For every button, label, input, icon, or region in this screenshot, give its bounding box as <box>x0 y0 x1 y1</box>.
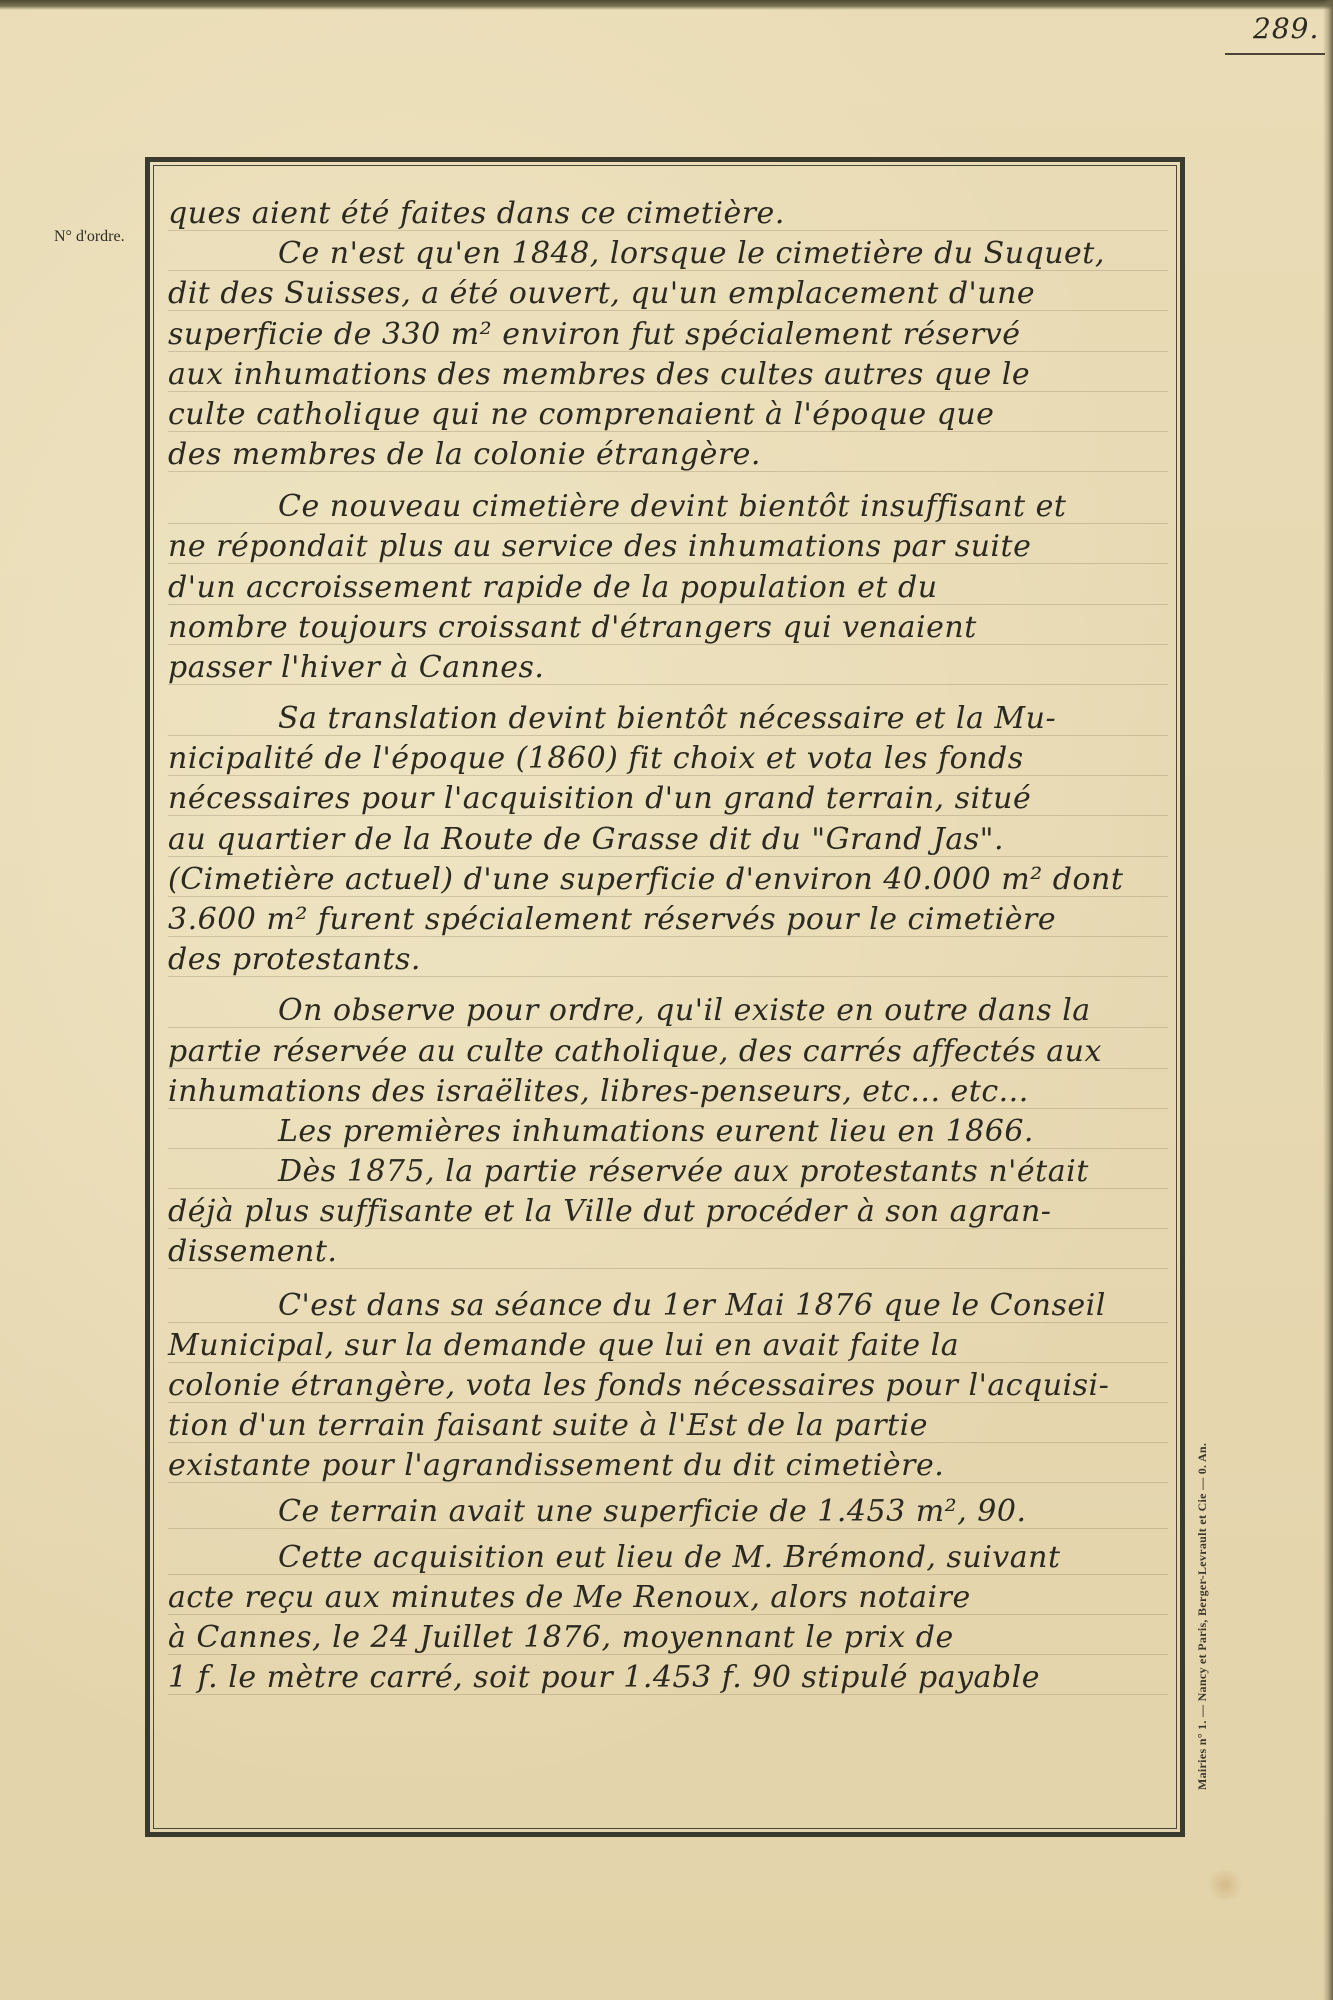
handwritten-line: existante pour l'agrandissement du dit c… <box>168 1448 944 1483</box>
handwritten-line: aux inhumations des membres des cultes a… <box>168 357 1030 392</box>
handwritten-line: dit des Suisses, a été ouvert, qu'un emp… <box>168 276 1035 311</box>
handwritten-line: Ce n'est qu'en 1848, lorsque le cimetièr… <box>278 236 1105 271</box>
register-page: 289. N° d'ordre. ques aient été faites d… <box>0 0 1333 2000</box>
page-top-edge <box>0 0 1333 10</box>
handwritten-line: dissement. <box>168 1234 337 1269</box>
handwritten-line: ques aient été faites dans ce cimetière. <box>168 196 785 231</box>
handwritten-line: C'est dans sa séance du 1er Mai 1876 que… <box>278 1288 1106 1323</box>
handwritten-line: Ce terrain avait une superficie de 1.453… <box>278 1494 1026 1529</box>
handwritten-line: passer l'hiver à Cannes. <box>168 650 544 685</box>
handwritten-line: d'un accroissement rapide de la populati… <box>168 570 938 605</box>
handwritten-line: 3.600 m² furent spécialement réservés po… <box>168 902 1056 937</box>
handwritten-line: ne répondait plus au service des inhumat… <box>168 529 1031 564</box>
handwritten-line: nécessaires pour l'acquisition d'un gran… <box>168 781 1031 816</box>
handwritten-line: Dès 1875, la partie réservée aux protest… <box>278 1154 1089 1189</box>
handwritten-line: superficie de 330 m² environ fut spécial… <box>168 317 1020 352</box>
handwritten-line: Cette acquisition eut lieu de M. Brémond… <box>278 1540 1061 1575</box>
handwritten-line: nicipalité de l'époque (1860) fit choix … <box>168 741 1024 776</box>
handwritten-line: partie réservée au culte catholique, des… <box>168 1034 1102 1069</box>
handwritten-line: Les premières inhumations eurent lieu en… <box>278 1114 1034 1149</box>
handwritten-line: nombre toujours croissant d'étrangers qu… <box>168 610 977 645</box>
handwritten-line: Municipal, sur la demande que lui en ava… <box>168 1328 959 1363</box>
order-number-label: N° d'ordre. <box>54 228 125 246</box>
printer-imprint: Mairies n° 1. — Nancy et Paris, Berger-L… <box>1195 1443 1210 1790</box>
paper-stain <box>1205 1870 1245 1900</box>
handwritten-line: des membres de la colonie étrangère. <box>168 437 761 472</box>
page-binding-edge <box>1323 0 1333 2000</box>
handwritten-line: au quartier de la Route de Grasse dit du… <box>168 822 1004 857</box>
handwritten-line: tion d'un terrain faisant suite à l'Est … <box>168 1408 928 1443</box>
handwritten-line: 1 f. le mètre carré, soit pour 1.453 f. … <box>168 1660 1040 1695</box>
handwritten-line: Sa translation devint bientôt nécessaire… <box>278 701 1056 736</box>
handwritten-text-block: ques aient été faites dans ce cimetière.… <box>168 196 1183 1796</box>
folio-number: 289. <box>1253 12 1319 45</box>
handwritten-line: Ce nouveau cimetière devint bientôt insu… <box>278 489 1066 524</box>
folio-underline <box>1225 53 1325 55</box>
handwritten-line: déjà plus suffisante et la Ville dut pro… <box>168 1194 1051 1229</box>
handwritten-line: (Cimetière actuel) d'une superficie d'en… <box>168 862 1123 897</box>
handwritten-line: colonie étrangère, vota les fonds nécess… <box>168 1368 1109 1403</box>
handwritten-line: inhumations des israëlites, libres-pense… <box>168 1074 1029 1109</box>
handwritten-line: On observe pour ordre, qu'il existe en o… <box>278 993 1091 1028</box>
handwritten-line: culte catholique qui ne comprenaient à l… <box>168 397 994 432</box>
handwritten-line: des protestants. <box>168 942 421 977</box>
handwritten-line: acte reçu aux minutes de Me Renoux, alor… <box>168 1580 971 1615</box>
handwritten-line: à Cannes, le 24 Juillet 1876, moyennant … <box>168 1620 954 1655</box>
